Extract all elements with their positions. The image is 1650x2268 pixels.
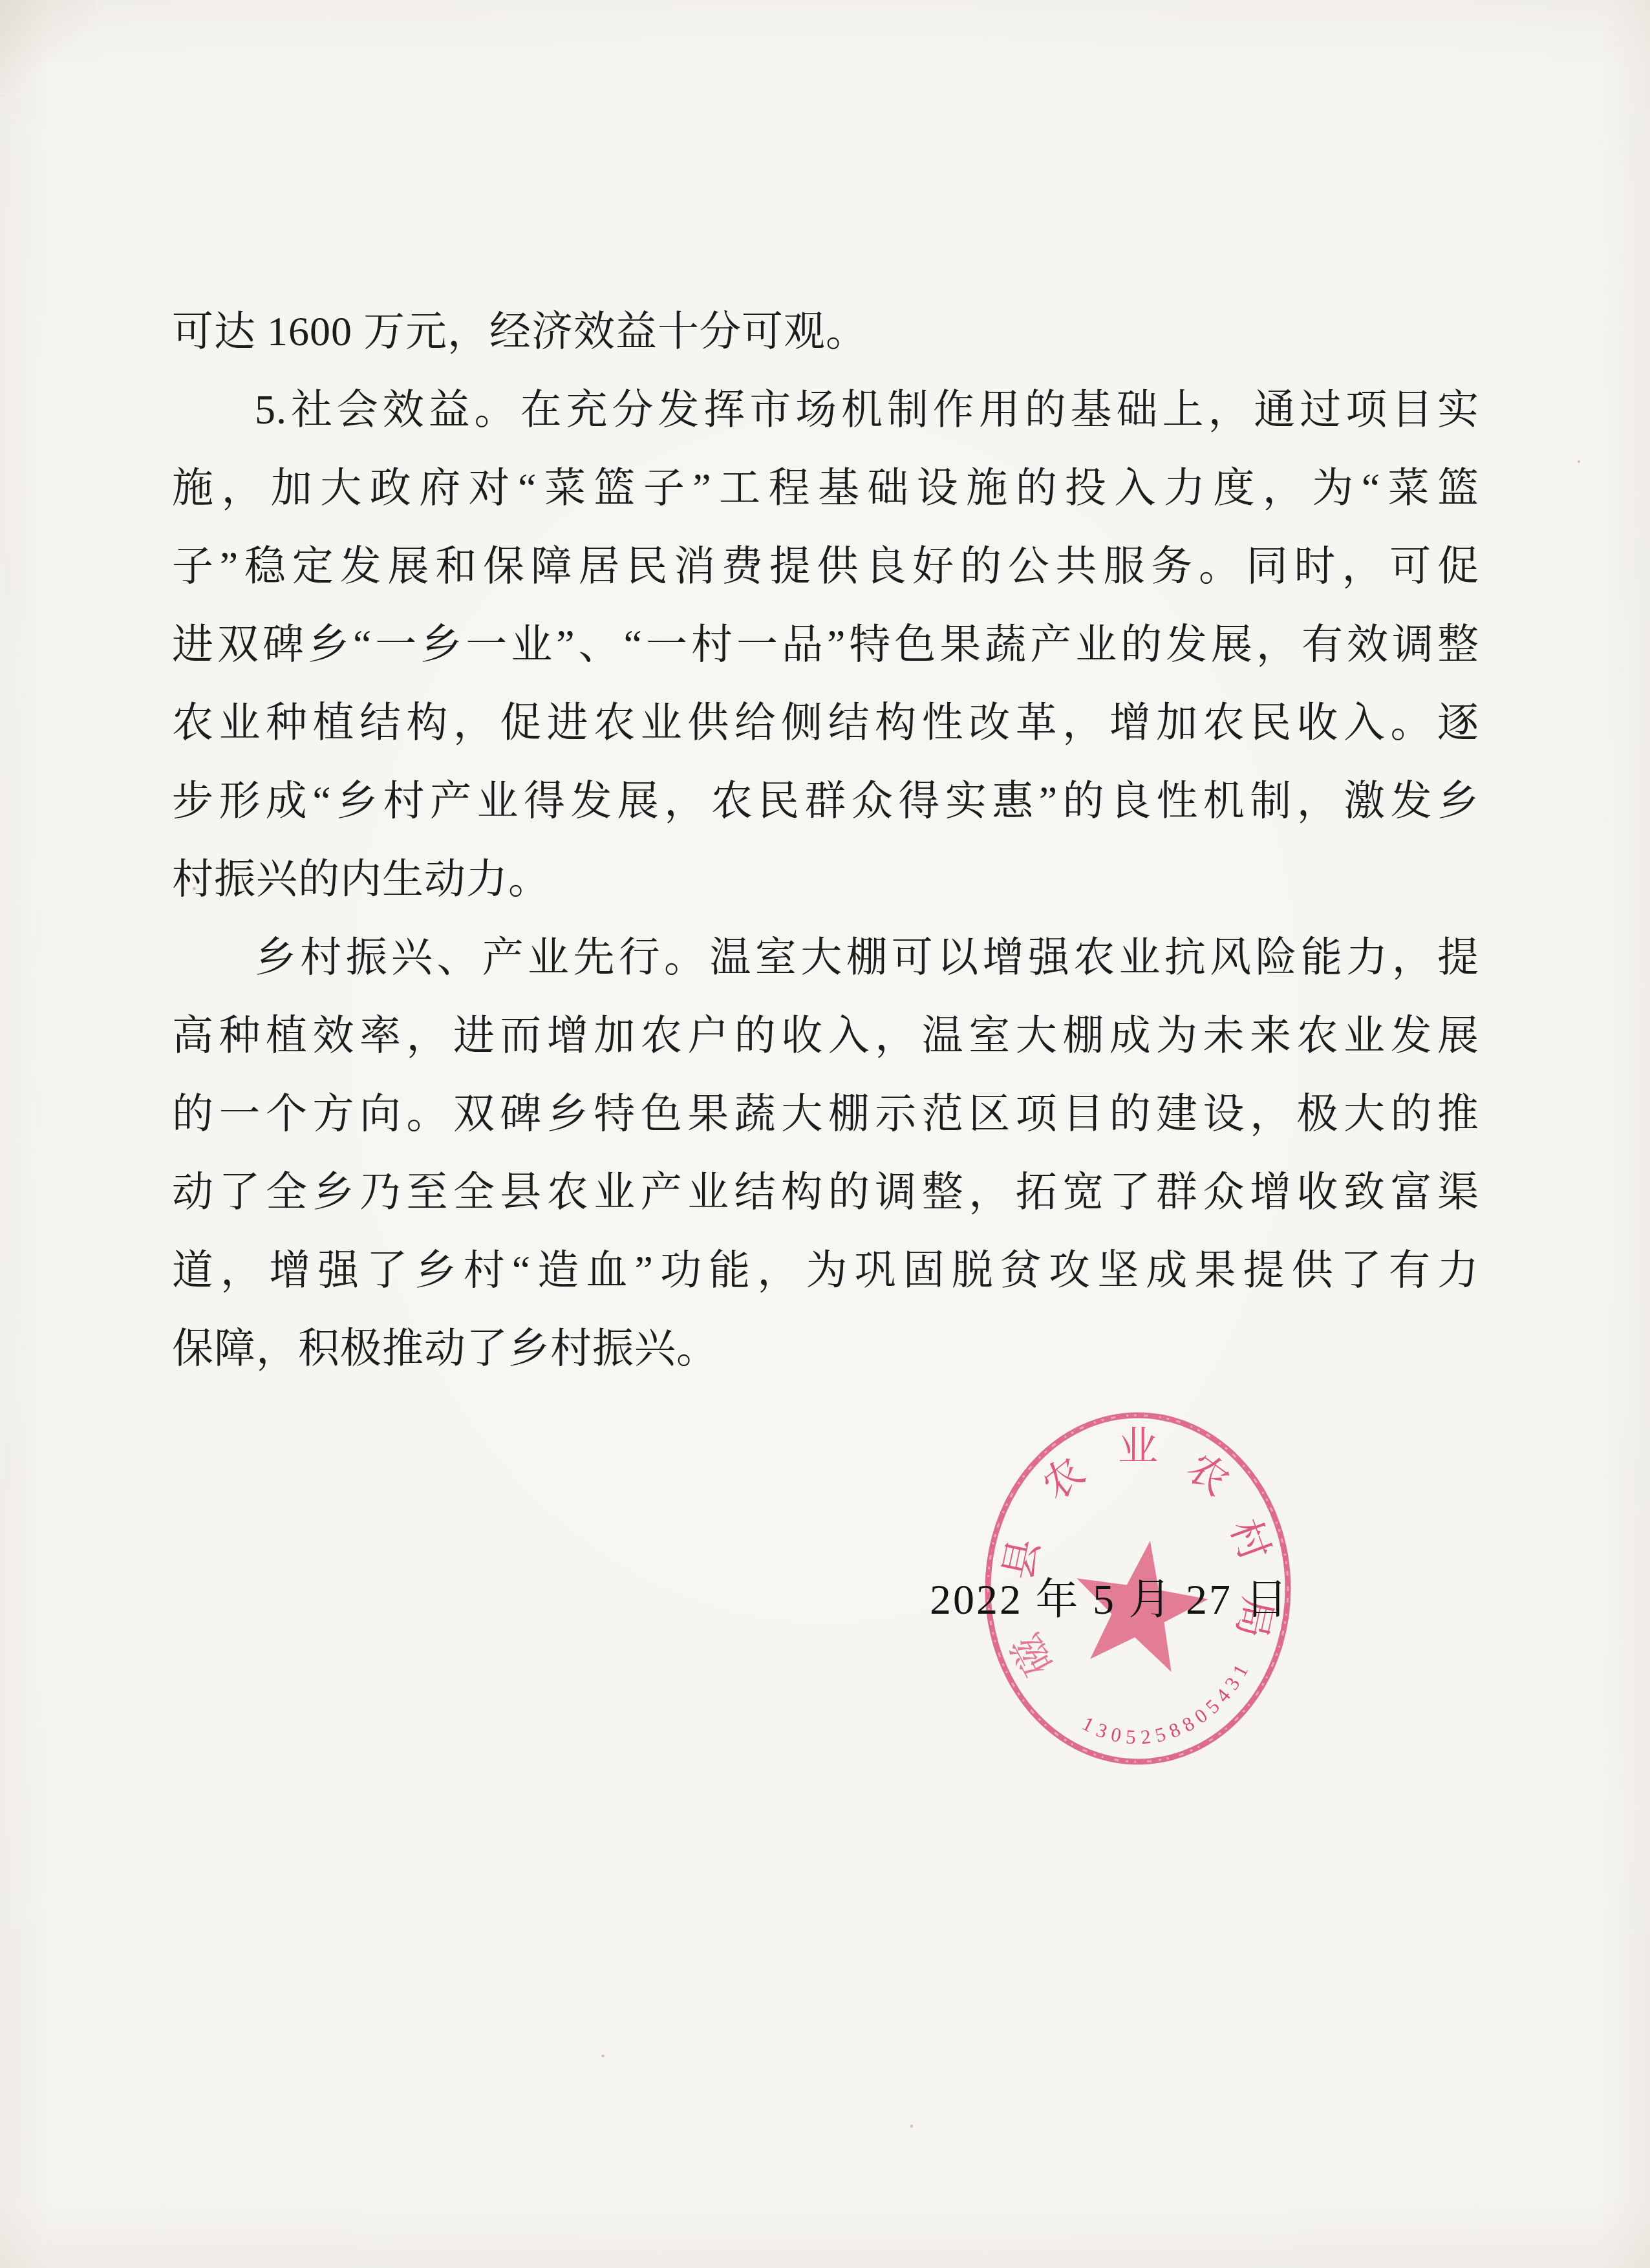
body-line: 步形成“乡村产业得发展，农民群众得实惠”的良性机制，激发乡 bbox=[172, 762, 1479, 840]
seal-arc-character: 村 bbox=[1221, 1514, 1276, 1567]
seal-arc-character: 农 bbox=[1034, 1450, 1093, 1509]
body-line: 施，加大政府对“菜篮子”工程基础设施的投入力度，为“菜篮 bbox=[172, 449, 1479, 527]
body-line: 可达 1600 万元，经济效益十分可观。 bbox=[172, 292, 1479, 370]
scanned-document-page: { "page": { "background_color": "#f5f3ee… bbox=[0, 0, 1650, 2268]
body-line: 进双碑乡“一乡一业”、“一村一品”特色果蔬产业的发展，有效调整 bbox=[172, 605, 1479, 683]
body-line: 农业种植结构，促进农业供给侧结构性改革，增加农民收入。逐 bbox=[172, 683, 1479, 762]
body-line: 村振兴的内生动力。 bbox=[172, 840, 1479, 918]
seal-arc-character: 业 bbox=[1118, 1426, 1158, 1470]
body-line: 保障，积极推动了乡村振兴。 bbox=[172, 1309, 1479, 1387]
body-line: 动了全乡乃至全县农业产业结构的调整，拓宽了群众增收致富渠 bbox=[172, 1153, 1479, 1231]
document-body: 可达 1600 万元，经济效益十分可观。 5.社会效益。在充分发挥市场机制作用的… bbox=[172, 292, 1479, 1387]
body-line: 道，增强了乡村“造血”功能，为巩固脱贫攻坚成果提供了有力 bbox=[172, 1231, 1479, 1309]
scan-speck bbox=[910, 2124, 913, 2128]
body-line: 乡村振兴、产业先行。温室大棚可以增强农业抗风险能力，提 bbox=[172, 918, 1479, 996]
body-line: 子”稳定发展和保障居民消费提供良好的公共服务。同时，可促 bbox=[172, 527, 1479, 605]
scan-speck bbox=[601, 2055, 605, 2057]
seal-serial-number: 1305258805431 bbox=[1078, 1656, 1255, 1749]
scan-speck bbox=[1578, 460, 1580, 463]
corner-fold-shadow bbox=[0, 0, 97, 97]
body-line: 的一个方向。双碑乡特色果蔬大棚示范区项目的建设，极大的推 bbox=[172, 1075, 1479, 1153]
body-line: 高种植效率，进而增加农户的收入，温室大棚成为未来农业发展 bbox=[172, 996, 1479, 1075]
seal-arc-character: 磁 bbox=[1004, 1626, 1062, 1683]
issue-date: 2022 年 5 月 27 日 bbox=[930, 1565, 1290, 1626]
body-line: 5.社会效益。在充分发挥市场机制作用的基础上，通过项目实 bbox=[172, 370, 1479, 449]
seal-arc-character: 农 bbox=[1179, 1445, 1237, 1504]
